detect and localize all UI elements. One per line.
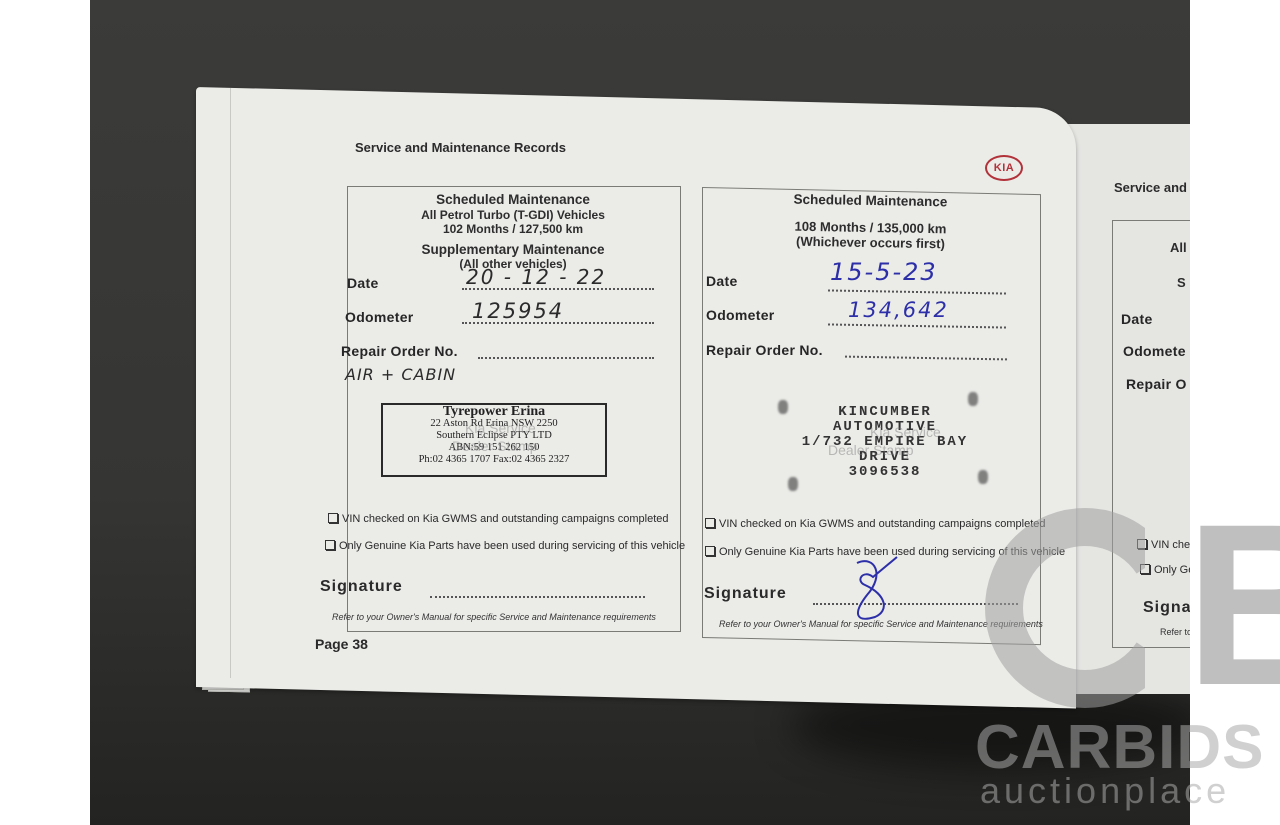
- stamp-ghost-text: Dealer Stamp: [452, 438, 538, 454]
- left-margin: [0, 0, 90, 825]
- next-page-line: Date: [1121, 311, 1153, 327]
- left-date-value[interactable]: 20 - 12 - 22: [466, 265, 606, 289]
- left-signature-line[interactable]: [430, 596, 645, 598]
- handwritten-signature-icon: [845, 555, 905, 625]
- left-repair-note[interactable]: AIR + CABIN: [345, 365, 456, 384]
- check-label: Only Genuine Kia Parts have been used du…: [339, 540, 685, 552]
- left-date-label: Date: [347, 275, 379, 291]
- right-date-value[interactable]: 15-5-23: [830, 258, 938, 286]
- left-odometer-label: Odometer: [345, 309, 414, 325]
- ink-smudge: [968, 392, 978, 406]
- left-odometer-value[interactable]: 125954: [472, 299, 564, 323]
- page-fold-line: [230, 88, 231, 678]
- checkbox-icon[interactable]: [705, 546, 715, 556]
- ink-smudge: [788, 477, 798, 491]
- right-check-vin[interactable]: VIN checked on Kia GWMS and outstanding …: [705, 518, 1046, 530]
- next-page-line: All: [1170, 240, 1187, 255]
- next-page-line: Repair O: [1126, 376, 1187, 392]
- left-check-vin[interactable]: VIN checked on Kia GWMS and outstanding …: [328, 513, 669, 525]
- left-supplementary-title: Supplementary Maintenance: [347, 242, 679, 257]
- page-title: Service and Maintenance Records: [355, 140, 566, 155]
- left-check-parts[interactable]: Only Genuine Kia Parts have been used du…: [325, 540, 685, 552]
- left-footer-note: Refer to your Owner's Manual for specifi…: [332, 612, 656, 622]
- check-label: VIN checked on Kia GWMS and outstanding …: [719, 518, 1046, 530]
- stamp-ghost-text: Kia Service: [870, 424, 941, 440]
- checkbox-icon[interactable]: [325, 540, 335, 550]
- left-subtitle-1: All Petrol Turbo (T-GDI) Vehicles: [347, 208, 679, 222]
- next-page-line: S: [1177, 275, 1186, 290]
- next-page-title: Service and: [1114, 180, 1190, 195]
- stamp-dealer-name: Tyrepower Erina: [383, 406, 605, 418]
- right-signature-label: Signature: [704, 585, 787, 603]
- left-subtitle-2: 102 Months / 127,500 km: [347, 222, 679, 236]
- stamp-line: 3096538: [770, 465, 1000, 480]
- right-odometer-value[interactable]: 134,642: [848, 298, 949, 322]
- stamp-ghost-text: Dealer Stamp: [828, 442, 914, 458]
- left-repair-order-line: [478, 357, 654, 359]
- watermark-tagline: auctionplace: [980, 770, 1230, 812]
- checkbox-icon[interactable]: [328, 513, 338, 523]
- right-date-label: Date: [706, 273, 738, 289]
- page-number: Page 38: [315, 636, 368, 652]
- ink-smudge: [778, 400, 788, 414]
- left-repair-order-label: Repair Order No.: [341, 343, 458, 359]
- right-odometer-label: Odometer: [706, 307, 775, 323]
- watermark-b-icon: B: [1185, 505, 1280, 705]
- next-page-line: Odomete: [1123, 343, 1186, 359]
- left-title: Scheduled Maintenance: [347, 192, 679, 207]
- stamp-line: Ph:02 4365 1707 Fax:02 4365 2327: [383, 454, 605, 466]
- stamp-line: KINCUMBER: [770, 405, 1000, 420]
- ink-smudge: [978, 470, 988, 484]
- kia-logo-icon: KIA: [985, 155, 1023, 181]
- check-label: VIN checked on Kia GWMS and outstanding …: [342, 513, 669, 525]
- checkbox-icon[interactable]: [705, 518, 715, 528]
- stamp-ghost-text: Kia Service: [465, 420, 536, 436]
- left-signature-label: Signature: [320, 578, 403, 596]
- right-repair-order-label: Repair Order No.: [706, 342, 823, 358]
